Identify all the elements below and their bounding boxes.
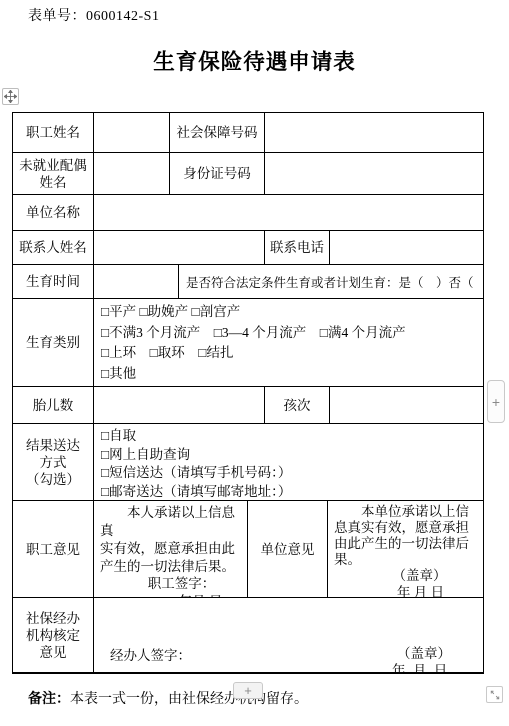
table-row: 职工意见 本人承诺以上信息真 实有效，愿意承担由此 产生的一切法律后果。 职工签…	[13, 501, 483, 598]
spouse-name-label: 未就业配偶 姓名	[13, 153, 94, 195]
employee-name-input-cell[interactable]	[94, 113, 170, 153]
fetus-count-input-cell[interactable]	[94, 387, 265, 424]
birth-type-option-line[interactable]: □不满3 个月流产 □3—4 个月流产 □满4 个月流产	[101, 323, 483, 344]
contact-name-label: 联系人姓名	[13, 231, 94, 265]
table-row: 社保经办 机构核定 意见 经办人签字： （盖章） 年 月 日	[13, 598, 483, 672]
move-icon	[4, 90, 17, 103]
birth-type-option-line[interactable]: □其他	[101, 364, 483, 385]
fetus-count-label: 胎儿数	[13, 387, 94, 424]
employee-name-label: 职工姓名	[13, 113, 94, 153]
agency-date-label: 年 月 日	[392, 659, 449, 672]
table-row: 未就业配偶 姓名 身份证号码	[13, 153, 483, 195]
birth-type-option-line[interactable]: □上环 □取环 □结扎	[101, 343, 483, 364]
agency-opinion-cell[interactable]: 经办人签字： （盖章） 年 月 日	[94, 598, 483, 672]
document-page: 表单号：0600142-S1 生育保险待遇申请表 职工姓名 社会保障号码 未就业…	[0, 0, 509, 726]
contact-phone-label: 联系电话	[265, 231, 330, 265]
table-row: 联系人姓名 联系电话	[13, 231, 483, 265]
child-order-label: 孩次	[265, 387, 330, 424]
footnote: 备注：本表一式一份，由社保经办机构留存。	[28, 688, 308, 708]
delivery-option-self-pickup[interactable]: □自取	[101, 427, 483, 446]
table-row: 生育类别 □平产 □助娩产 □剖宫产 □不满3 个月流产 □3—4 个月流产 □…	[13, 299, 483, 387]
employer-date-label[interactable]: 年 月 日	[328, 585, 483, 598]
plus-icon: +	[244, 683, 252, 698]
page-title: 生育保险待遇申请表	[0, 45, 509, 76]
employer-name-input-cell[interactable]	[94, 195, 483, 231]
footnote-text: 本表一式一份，由社保经办机构留存。	[70, 692, 308, 707]
employer-opinion-cell: 本单位承诺以上信 息真实有效，愿意承担 由此产生的一切法律后 果。 （盖章） 年…	[328, 501, 483, 598]
insert-row-button[interactable]: +	[233, 682, 263, 699]
employer-seal-label[interactable]: （盖章）	[328, 568, 483, 583]
legal-birth-question[interactable]: 是否符合法定条件生育或者计划生育：是（ ）否（ ）	[179, 265, 483, 299]
table-row: 结果送达 方式 （勾选） □自取 □网上自助查询 □短信送达（请填写手机号码：）…	[13, 424, 483, 501]
delivery-method-label: 结果送达 方式 （勾选）	[13, 424, 94, 501]
table-resize-handle[interactable]	[486, 686, 503, 703]
ssn-input-cell[interactable]	[265, 113, 483, 153]
employee-signature-label[interactable]: 职工签字：	[94, 576, 247, 591]
id-number-input-cell[interactable]	[265, 153, 483, 195]
delivery-option-online-query[interactable]: □网上自助查询	[101, 446, 483, 465]
birth-type-option-line[interactable]: □平产 □助娩产 □剖宫产	[101, 302, 483, 323]
resize-diagonal-icon	[489, 689, 501, 701]
table-row: 生育时间 是否符合法定条件生育或者计划生育：是（ ）否（ ）	[13, 265, 483, 299]
birth-date-label: 生育时间	[13, 265, 94, 299]
application-form-table: 职工姓名 社会保障号码 未就业配偶 姓名 身份证号码 单位名称 联系人姓名 联系…	[12, 112, 484, 674]
id-number-label: 身份证号码	[170, 153, 265, 195]
delivery-options-cell: □自取 □网上自助查询 □短信送达（请填写手机号码：） □邮寄送达（请填写邮寄地…	[94, 424, 483, 501]
employer-commitment-text: 本单位承诺以上信 息真实有效，愿意承担 由此产生的一切法律后 果。	[328, 504, 483, 568]
employee-opinion-label: 职工意见	[13, 501, 94, 598]
plus-icon: +	[492, 394, 500, 410]
employer-name-label: 单位名称	[13, 195, 94, 231]
insert-column-button[interactable]: +	[487, 380, 505, 423]
employee-opinion-cell: 本人承诺以上信息真 实有效，愿意承担由此 产生的一切法律后果。 职工签字： 年月…	[94, 501, 248, 598]
agency-opinion-label: 社保经办 机构核定 意见	[13, 598, 94, 672]
table-row: 胎儿数 孩次	[13, 387, 483, 424]
table-row: 单位名称	[13, 195, 483, 231]
delivery-option-sms[interactable]: □短信送达（请填写手机号码：）	[101, 464, 483, 483]
child-order-input-cell[interactable]	[330, 387, 483, 424]
birth-type-options-cell: □平产 □助娩产 □剖宫产 □不满3 个月流产 □3—4 个月流产 □满4 个月…	[94, 299, 483, 387]
contact-name-input-cell[interactable]	[94, 231, 265, 265]
table-row: 职工姓名 社会保障号码	[13, 113, 483, 153]
table-move-handle[interactable]	[2, 88, 19, 105]
employee-commitment-text: 本人承诺以上信息真 实有效，愿意承担由此 产生的一切法律后果。	[94, 504, 247, 576]
spouse-name-input-cell[interactable]	[94, 153, 170, 195]
form-number: 表单号：0600142-S1	[28, 5, 159, 25]
ssn-label: 社会保障号码	[170, 113, 265, 153]
employer-opinion-label: 单位意见	[248, 501, 328, 598]
footnote-bold-prefix: 备注：	[28, 692, 70, 707]
delivery-option-mail[interactable]: □邮寄送达（请填写邮寄地址：）	[101, 483, 483, 502]
agency-signature-label: 经办人签字：	[110, 644, 191, 664]
contact-phone-input-cell[interactable]	[330, 231, 483, 265]
birth-date-input-cell[interactable]	[94, 265, 179, 299]
birth-type-label: 生育类别	[13, 299, 94, 387]
